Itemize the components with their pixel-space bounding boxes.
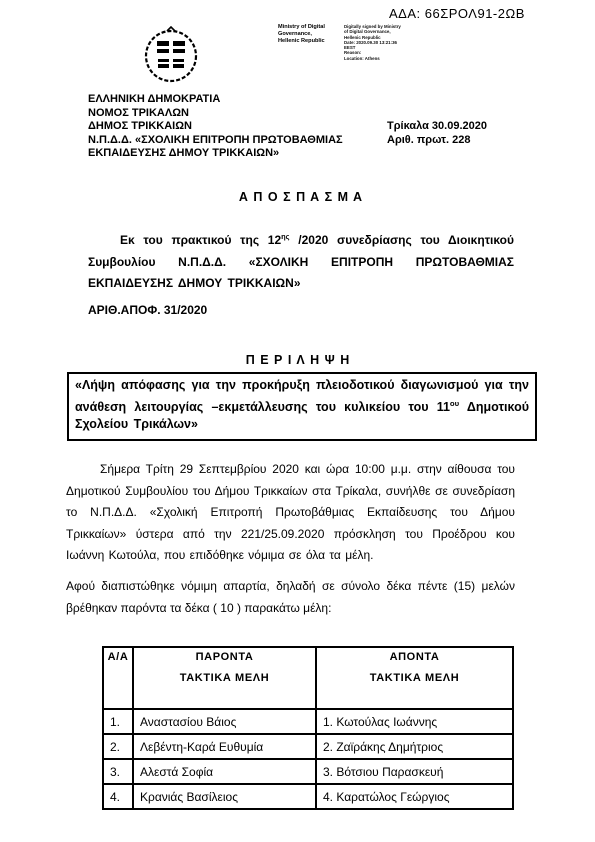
- protocol-number: Αριθ. πρωτ. 228: [387, 134, 470, 146]
- signature-authority-line: Governance,: [278, 31, 338, 38]
- summary-superscript: ου: [450, 399, 459, 408]
- members-table: Α/Α ΠΑΡΟΝΤΑ ΤΑΚΤΙΚΑ ΜΕΛΗ ΑΠΟΝΤΑ ΤΑΚΤΙΚΑ …: [102, 646, 514, 810]
- table-row: 2. Λεβέντη-Καρά Ευθυμία 2. Ζαϊράκης Δημή…: [103, 734, 513, 759]
- column-header-present: ΠΑΡΟΝΤΑ ΤΑΚΤΙΚΑ ΜΕΛΗ: [133, 647, 316, 709]
- present-member: Αλεστά Σοφία: [133, 759, 316, 784]
- absent-member: 2. Ζαϊράκης Δημήτριος: [316, 734, 513, 759]
- column-header-present-line2: ΤΑΚΤΙΚΑ ΜΕΛΗ: [135, 672, 314, 684]
- present-member: Λεβέντη-Καρά Ευθυμία: [133, 734, 316, 759]
- letterhead-municipality: ΔΗΜΟΣ ΤΡΙΚΚΑΙΩΝ: [88, 120, 343, 134]
- row-index: 3.: [103, 759, 133, 784]
- excerpt-superscript: ης: [281, 232, 289, 241]
- excerpt-paragraph: Εκ του πρακτικού της 12ης /2020 συνεδρία…: [88, 226, 514, 295]
- absent-member: 4. Καρατώλος Γεώργιος: [316, 784, 513, 809]
- document-page: ΑΔΑ: 66ΣΡΟΛ91-2ΩΒ Ministry of Digital Go…: [0, 0, 595, 842]
- place-and-date: Τρίκαλα 30.09.2020: [387, 120, 487, 132]
- column-header-absent-line1: ΑΠΟΝΤΑ: [318, 651, 511, 663]
- ada-number: ΑΔΑ: 66ΣΡΟΛ91-2ΩΒ: [389, 6, 525, 21]
- letterhead-entity-line2: ΕΚΠΑΙΔΕΥΣΗΣ ΔΗΜΟΥ ΤΡΙΚΚΑΙΩΝ»: [88, 147, 343, 161]
- signature-detail-line: Location: Athens: [344, 56, 444, 61]
- table-row: 4. Κρανιάς Βασίλειος 4. Καρατώλος Γεώργι…: [103, 784, 513, 809]
- row-index: 1.: [103, 709, 133, 734]
- signature-authority-line: Hellenic Republic: [278, 38, 338, 45]
- quorum-paragraph: Αφού διαπιστώθηκε νόμιμη απαρτία, δηλαδή…: [66, 576, 515, 619]
- municipal-seal-icon: [143, 26, 199, 84]
- table-row: 3. Αλεστά Σοφία 3. Βότσιου Παρασκευή: [103, 759, 513, 784]
- signature-authority: Ministry of Digital Governance, Hellenic…: [278, 24, 338, 44]
- column-header-absent: ΑΠΟΝΤΑ ΤΑΚΤΙΚΑ ΜΕΛΗ: [316, 647, 513, 709]
- letterhead: ΕΛΛΗΝΙΚΗ ΔΗΜΟΚΡΑΤΙΑ ΝΟΜΟΣ ΤΡΙΚΑΛΩΝ ΔΗΜΟΣ…: [88, 93, 343, 161]
- column-header-absent-line2: ΤΑΚΤΙΚΑ ΜΕΛΗ: [318, 672, 511, 684]
- signature-authority-line: Ministry of Digital: [278, 24, 338, 31]
- present-member: Αναστασίου Βάιος: [133, 709, 316, 734]
- session-paragraph: Σήμερα Τρίτη 29 Σεπτεμβρίου 2020 και ώρα…: [66, 459, 515, 567]
- row-index: 4.: [103, 784, 133, 809]
- summary-title: Π Ε Ρ Ι Λ Η Ψ Η: [68, 353, 528, 367]
- letterhead-republic: ΕΛΛΗΝΙΚΗ ΔΗΜΟΚΡΑΤΙΑ: [88, 93, 343, 107]
- summary-box: «Λήψη απόφασης για την προκήρυξη πλειοδο…: [67, 372, 537, 441]
- absent-member: 3. Βότσιου Παρασκευή: [316, 759, 513, 784]
- excerpt-text-before: Εκ του πρακτικού της 12: [120, 233, 281, 247]
- letterhead-entity-line1: Ν.Π.Δ.Δ. «ΣΧΟΛΙΚΗ ΕΠΙΤΡΟΠΗ ΠΡΩΤΟΒΑΘΜΙΑΣ: [88, 134, 343, 148]
- present-member: Κρανιάς Βασίλειος: [133, 784, 316, 809]
- column-header-present-line1: ΠΑΡΟΝΤΑ: [135, 651, 314, 663]
- excerpt-title: Α Π Ο Σ Π Α Σ Μ Α: [88, 190, 514, 204]
- signature-details: Digitally signed by Ministry of Digital …: [344, 24, 444, 61]
- table-row: 1. Αναστασίου Βάιος 1. Κωτούλας Ιωάννης: [103, 709, 513, 734]
- absent-member: 1. Κωτούλας Ιωάννης: [316, 709, 513, 734]
- table-header-row: Α/Α ΠΑΡΟΝΤΑ ΤΑΚΤΙΚΑ ΜΕΛΗ ΑΠΟΝΤΑ ΤΑΚΤΙΚΑ …: [103, 647, 513, 709]
- row-index: 2.: [103, 734, 133, 759]
- digital-signature-block: Ministry of Digital Governance, Hellenic…: [278, 24, 444, 61]
- decision-number: ΑΡΙΘ.ΑΠΟΦ. 31/2020: [88, 303, 207, 317]
- column-header-index: Α/Α: [103, 647, 133, 709]
- letterhead-prefecture: ΝΟΜΟΣ ΤΡΙΚΑΛΩΝ: [88, 107, 343, 121]
